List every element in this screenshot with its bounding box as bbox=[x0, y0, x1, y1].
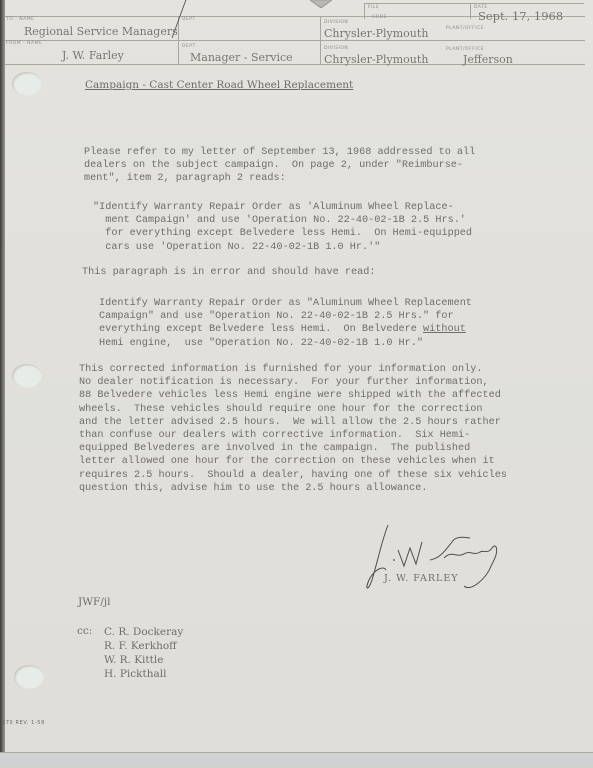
quoted-original-text: "Identify Warranty Repair Order as 'Alum… bbox=[93, 201, 472, 254]
cc-recipient: R. F. Kerkhoff bbox=[104, 639, 183, 653]
cc-recipient: C. R. Dockeray bbox=[104, 625, 183, 639]
cc-recipient: W. R. Kittle bbox=[104, 653, 183, 667]
cc-recipient: H. Pickthall bbox=[104, 667, 183, 681]
header-divider bbox=[470, 3, 471, 19]
page-edge-shadow bbox=[0, 0, 5, 768]
reference-initials: JWF/jl bbox=[78, 596, 110, 608]
to-division-field: Chrysler-Plymouth bbox=[324, 27, 428, 40]
header-divider bbox=[320, 16, 321, 64]
header-rule bbox=[5, 40, 585, 41]
header-rule bbox=[364, 3, 584, 4]
body-paragraph-1: Please refer to my letter of September 1… bbox=[84, 146, 475, 186]
quoted-corrected-text: Identify Warranty Repair Order as "Alumi… bbox=[99, 297, 472, 350]
corrected-text-emphasis: without bbox=[423, 324, 466, 335]
from-plant-field: Jefferson bbox=[463, 53, 513, 66]
to-dept-label: DEPT bbox=[182, 17, 196, 22]
from-division-label: DIVISION bbox=[324, 46, 348, 51]
date-field: Sept. 17, 1968 bbox=[478, 9, 563, 23]
to-name-field: Regional Service Managers bbox=[24, 25, 178, 38]
memo-subject: Campaign - Cast Center Road Wheel Replac… bbox=[85, 79, 353, 91]
pentastar-logo-icon bbox=[310, 0, 332, 8]
body-paragraph-2: This paragraph is in error and should ha… bbox=[82, 266, 375, 279]
file-label: FILE bbox=[368, 5, 379, 10]
handwritten-signature bbox=[360, 520, 520, 600]
corrected-text-part-a: Identify Warranty Repair Order as "Alumi… bbox=[99, 298, 472, 335]
corrected-text-part-b: Hemi engine, use "Operation No. 22-40-02… bbox=[99, 338, 423, 349]
from-dept-field: Manager - Service bbox=[190, 51, 293, 64]
body-paragraph-3: This corrected information is furnished … bbox=[79, 363, 507, 495]
from-name-label: FROM - NAME bbox=[6, 41, 42, 46]
punch-hole bbox=[12, 72, 42, 96]
typed-signature-name: J. W. FARLEY bbox=[384, 573, 459, 584]
punch-hole bbox=[14, 665, 44, 689]
from-division-field: Chrysler-Plymouth bbox=[324, 53, 428, 66]
from-dept-label: DEPT bbox=[182, 44, 196, 49]
cc-label: cc: bbox=[77, 625, 92, 637]
scan-background bbox=[0, 752, 593, 768]
form-number: 870 REV. 1-58 bbox=[2, 720, 45, 726]
from-name-field: J. W. Farley bbox=[62, 49, 124, 62]
header-divider bbox=[364, 3, 365, 19]
punch-hole bbox=[12, 364, 42, 388]
from-plant-label: PLANT/OFFICE bbox=[446, 47, 484, 52]
to-division-label: DIVISION bbox=[324, 20, 348, 25]
to-plant-label: PLANT/OFFICE bbox=[446, 26, 484, 31]
cc-recipient-list: C. R. Dockeray R. F. Kerkhoff W. R. Kitt… bbox=[104, 625, 183, 681]
to-name-label: TO - NAME bbox=[6, 17, 34, 22]
code-label: CODE bbox=[372, 15, 387, 20]
